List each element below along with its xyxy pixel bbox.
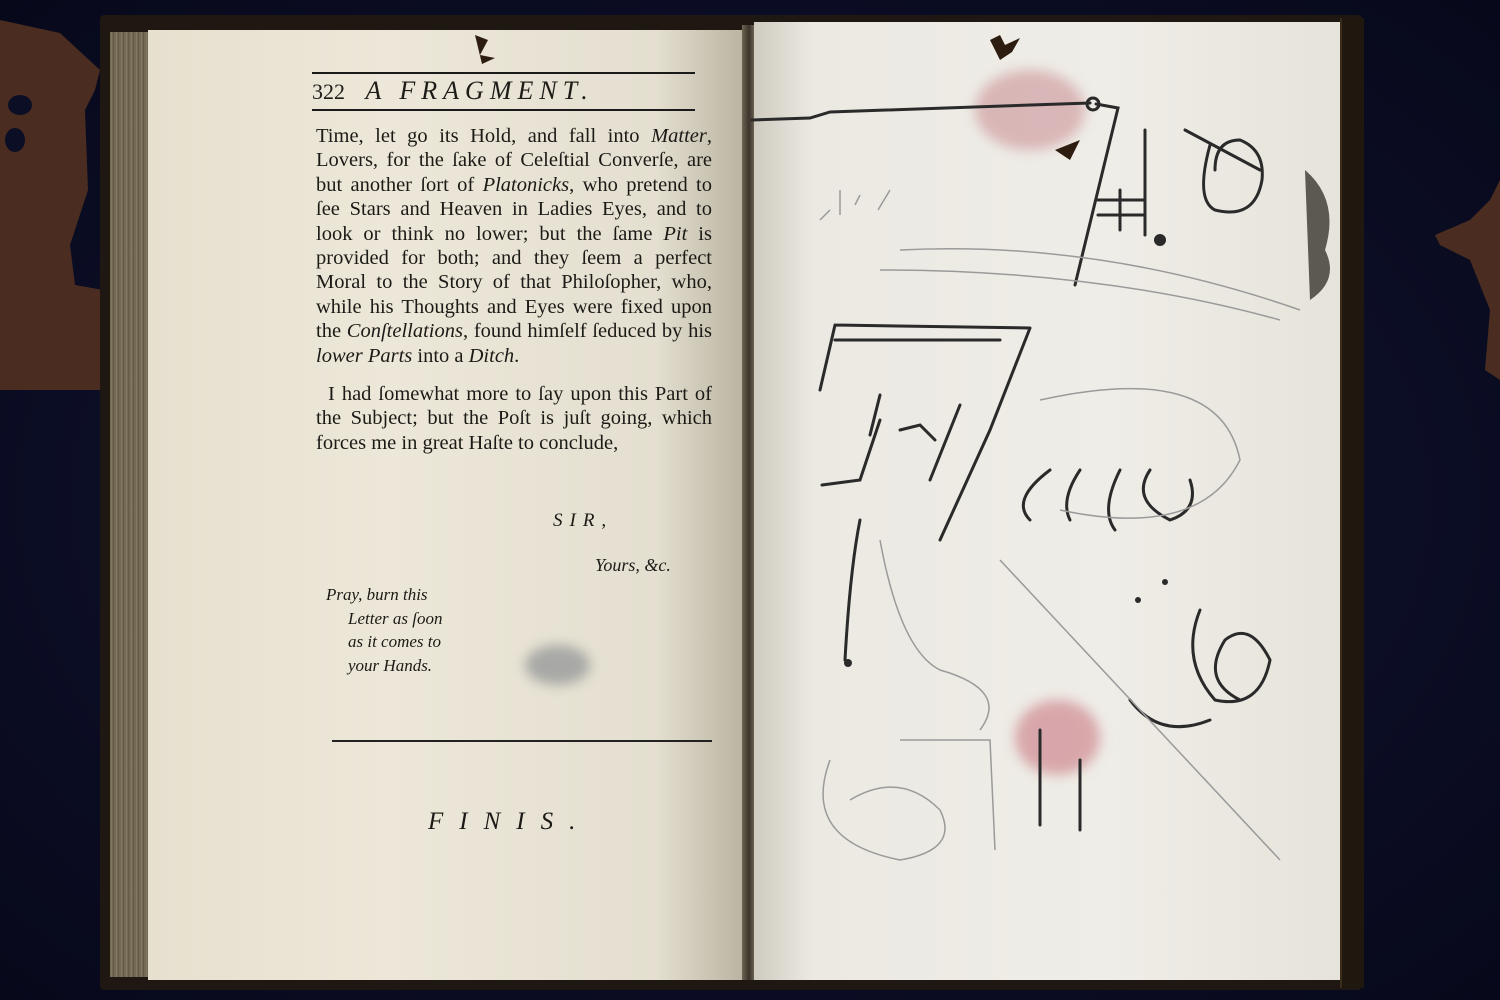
scribble-drawings (0, 0, 1500, 1000)
